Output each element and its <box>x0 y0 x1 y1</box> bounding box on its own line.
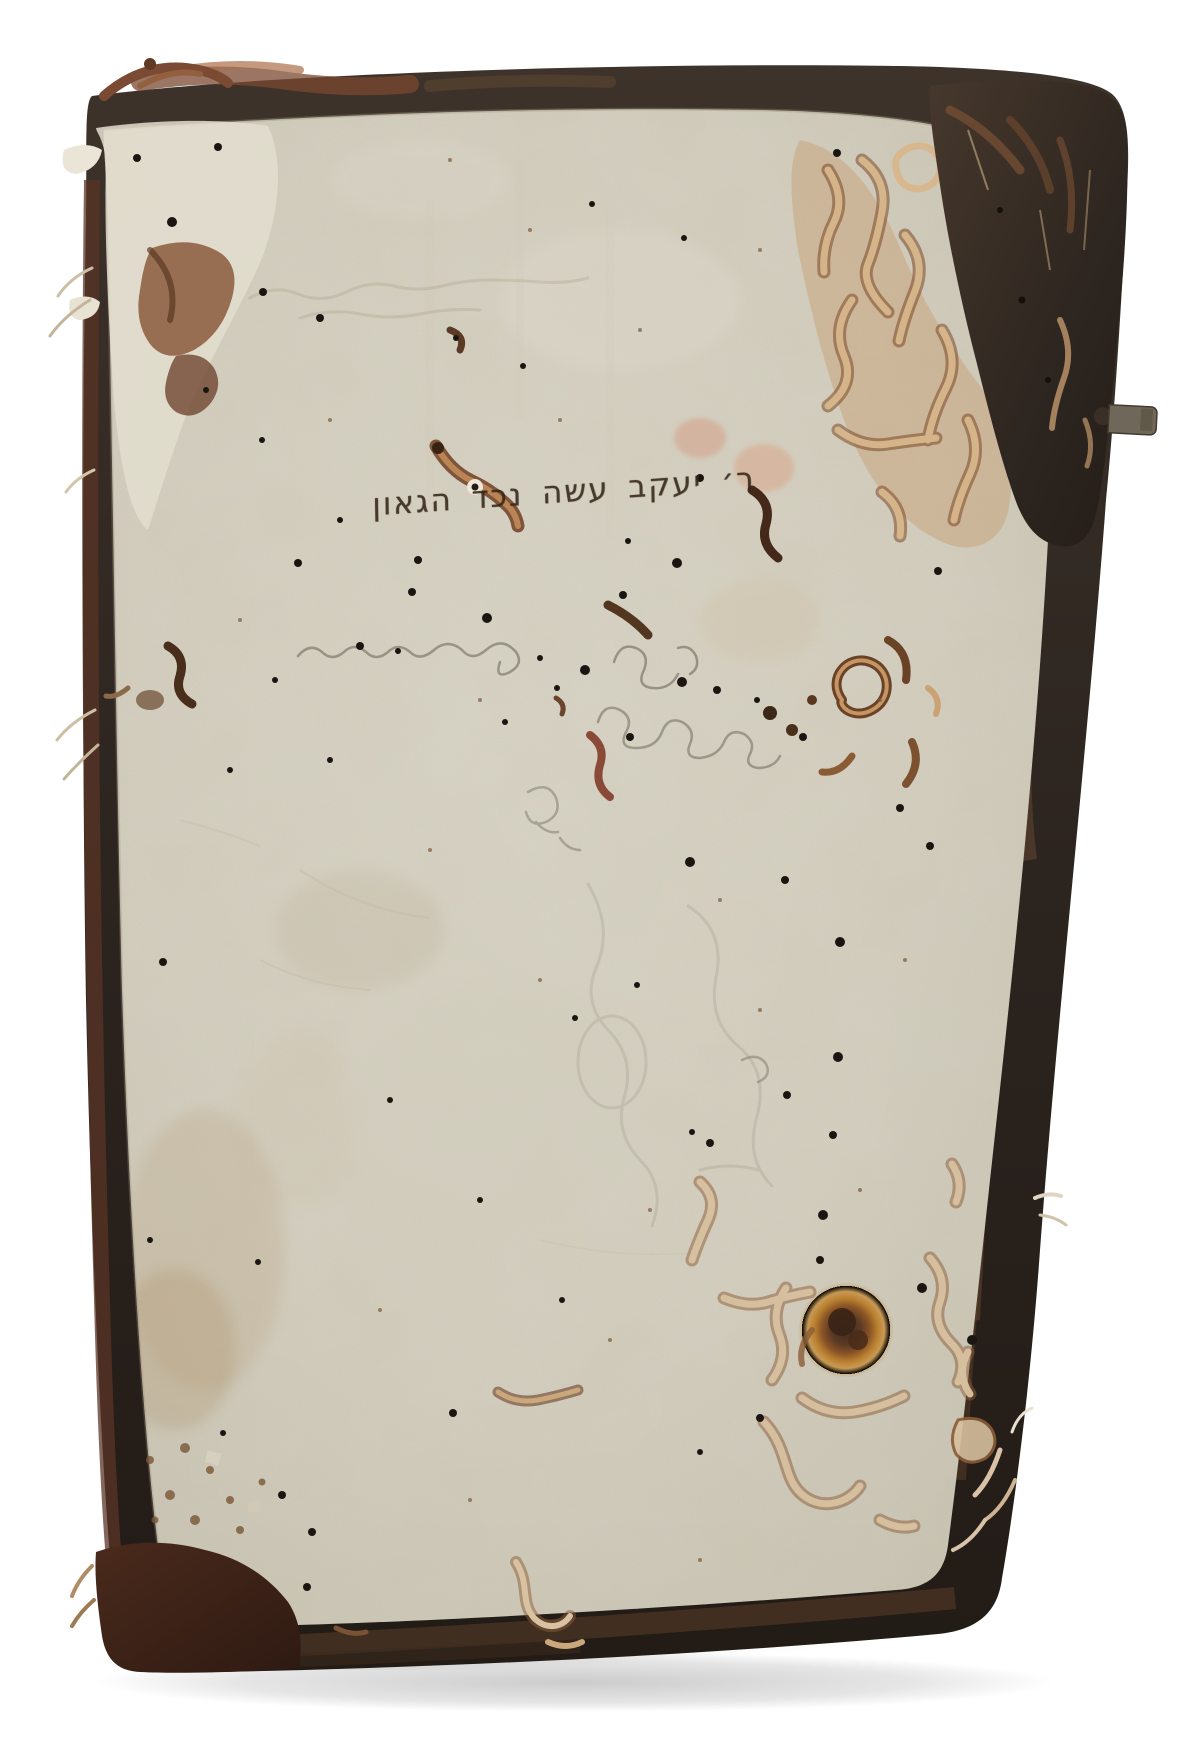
crater-wormhole <box>467 479 483 495</box>
book-cover-illustration <box>0 0 1200 1744</box>
book-photo: ר׳ יעקב עשה נכד הגאון <box>0 0 1200 1744</box>
